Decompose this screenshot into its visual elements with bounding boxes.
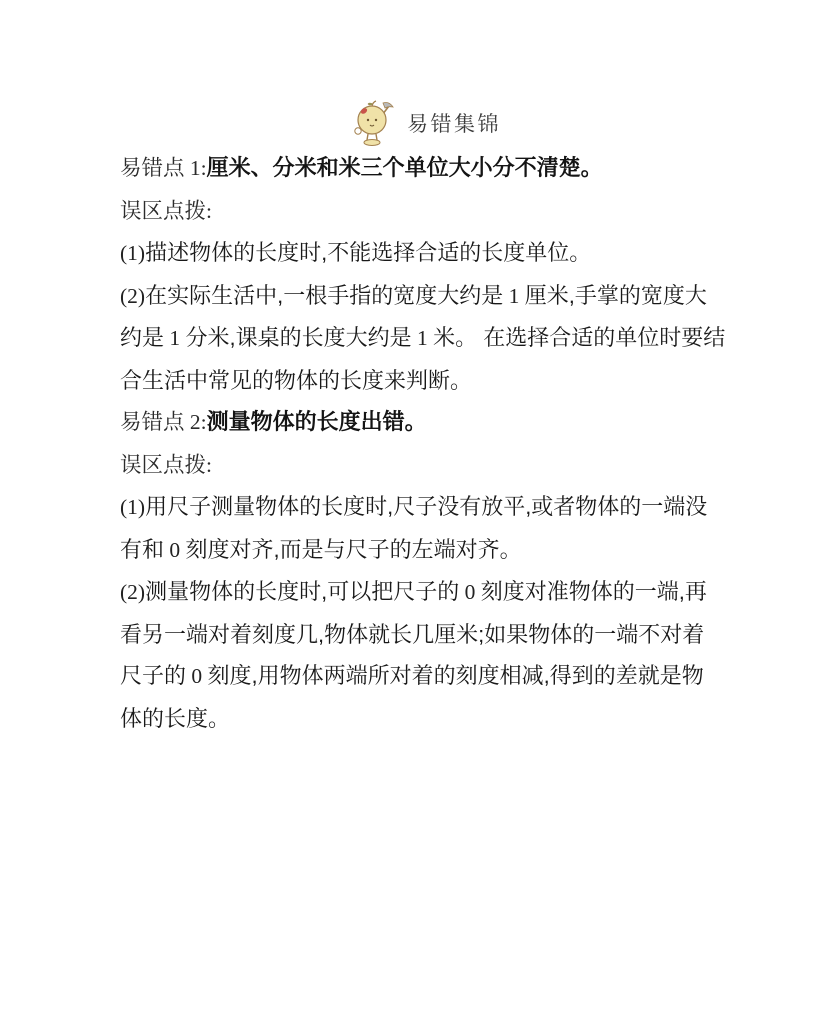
text-segment: 1 xyxy=(164,326,186,350)
text-segment: 1 xyxy=(503,284,525,308)
text-line: 误区点拨: xyxy=(120,190,714,233)
text-line: 合生活中常见的物体的长度来判断。 xyxy=(120,360,714,402)
text-segment: 有和 xyxy=(120,537,164,562)
text-segment: 体的长度。 xyxy=(120,706,230,731)
text-segment: 0 xyxy=(164,538,186,562)
text-line: 有和 0 刻度对齐,而是与尺子的左端对齐。 xyxy=(120,529,714,572)
text-segment: 易错点 2: xyxy=(120,410,207,434)
text-segment: (2) xyxy=(120,580,145,604)
text-segment: 0 xyxy=(459,580,481,604)
text-line: (1)用尺子测量物体的长度时,尺子没有放平,或者物体的一端没 xyxy=(120,486,714,529)
document-page: 易错集锦 易错点 1:厘米、分米和米三个单位大小分不清楚。误区点拨:(1)描述物… xyxy=(0,0,825,1016)
text-segment: (2) xyxy=(120,284,145,308)
text-line: 尺子的 0 刻度,用物体两端所对着的刻度相减,得到的差就是物 xyxy=(120,655,714,698)
text-line: (1)描述物体的长度时,不能选择合适的长度单位。 xyxy=(120,232,714,275)
text-segment: 厘米、分米和米三个单位大小分不清楚。 xyxy=(207,155,603,180)
text-segment: 刻度对齐,而是与尺子的左端对齐。 xyxy=(186,537,522,562)
text-segment: 约是 xyxy=(120,325,164,350)
mascot-pickaxe-icon xyxy=(352,98,394,147)
text-segment: 在实际生活中,一根手指的宽度大约是 xyxy=(145,283,503,308)
text-line: 误区点拨: xyxy=(120,444,714,487)
text-segment: 误区点拨: xyxy=(120,199,212,223)
text-segment: 刻度对准物体的一端,再 xyxy=(481,579,707,604)
text-segment: 分米,课桌的长度大约是 xyxy=(186,325,412,350)
section-header: 易错集锦 xyxy=(14,98,825,147)
text-line: 看另一端对着刻度几,物体就长几厘米;如果物体的一端不对着 xyxy=(120,614,714,656)
text-lines: 易错点 1:厘米、分米和米三个单位大小分不清楚。误区点拨:(1)描述物体的长度时… xyxy=(120,147,714,739)
text-segment: 测量物体的长度时,可以把尺子的 xyxy=(145,579,459,604)
text-line: (2)测量物体的长度时,可以把尺子的 0 刻度对准物体的一端,再 xyxy=(120,571,714,614)
text-segment: 0 xyxy=(186,664,208,688)
text-segment: 1 xyxy=(412,326,434,350)
text-segment: (1) xyxy=(120,495,145,519)
text-segment: 易错点 1: xyxy=(120,156,207,180)
text-segment: 合生活中常见的物体的长度来判断。 xyxy=(120,368,472,393)
text-segment: 厘米,手掌的宽度大 xyxy=(525,283,707,308)
text-line: (2)在实际生活中,一根手指的宽度大约是 1 厘米,手掌的宽度大 xyxy=(120,275,714,318)
text-segment: 测量物体的长度出错。 xyxy=(207,409,427,434)
text-segment: 描述物体的长度时,不能选择合适的长度单位。 xyxy=(145,240,591,265)
text-segment: 刻度,用物体两端所对着的刻度相减,得到的差就是物 xyxy=(208,663,704,688)
text-segment: 看另一端对着刻度几,物体就长几厘米;如果物体的一端不对着 xyxy=(120,622,704,647)
text-segment: 尺子的 xyxy=(120,663,186,688)
text-segment: 误区点拨: xyxy=(120,453,212,477)
page-title: 易错集锦 xyxy=(407,108,501,138)
text-line: 体的长度。 xyxy=(120,698,714,740)
text-line: 易错点 1:厘米、分米和米三个单位大小分不清楚。 xyxy=(120,147,714,190)
text-line: 易错点 2:测量物体的长度出错。 xyxy=(120,401,714,444)
text-segment: 米。 在选择合适的单位时要结 xyxy=(433,325,725,350)
text-segment: 用尺子测量物体的长度时,尺子没有放平,或者物体的一端没 xyxy=(145,494,707,519)
text-segment: (1) xyxy=(120,241,145,265)
text-line: 约是 1 分米,课桌的长度大约是 1 米。 在选择合适的单位时要结 xyxy=(120,317,714,360)
